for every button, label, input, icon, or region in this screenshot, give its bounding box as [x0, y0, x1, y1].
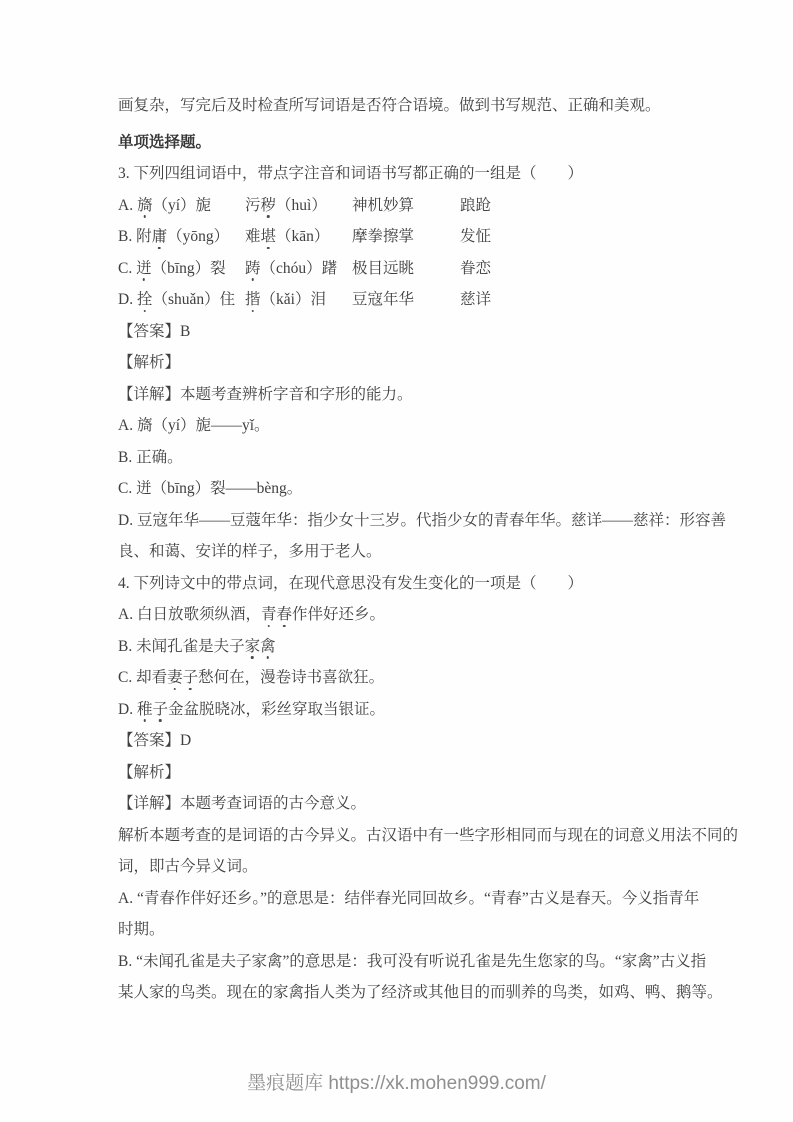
q4-explanation-a-line2: 时期。: [118, 914, 678, 946]
section-heading: 单项选择题。: [118, 127, 678, 159]
q4-explanation-intro-line1: 解析本题考查的是词语的古今异义。古汉语中有一些字形相同而与现在的词意义用法不同的: [118, 820, 678, 852]
q4-explanation-b-line1: B. “未闻孔雀是夫子家禽”的意思是：我可没有听说孔雀是先生您家的鸟。“家禽”古…: [118, 946, 678, 978]
emphasis-dotted-char: 子: [183, 669, 199, 686]
document-body: 画复杂，写完后及时检查所写词语是否符合语境。做到书写规范、正确和美观。 单项选择…: [118, 90, 678, 1009]
q4-option-c: C. 却看妻子愁何在，漫卷诗书喜欲狂。: [118, 662, 678, 694]
q3-option-c-word4: 眷恋: [460, 253, 678, 285]
q3-detail: 【详解】本题考查辨析字音和字形的能力。: [118, 379, 678, 411]
intro-text: 画复杂，写完后及时检查所写词语是否符合语境。做到书写规范、正确和美观。: [118, 90, 678, 122]
emphasis-dotted-char: 旖: [137, 197, 153, 214]
emphasis-dotted-char: 青: [261, 606, 277, 623]
q4-option-b: B. 未闻孔雀是夫子家禽: [118, 631, 678, 663]
footer-watermark: 墨痕题库 https://xk.mohen999.com/: [0, 1068, 793, 1095]
emphasis-dotted-char: 子: [152, 701, 168, 718]
emphasis-dotted-char: 堪: [261, 228, 277, 245]
emphasis-dotted-char: 庸: [152, 228, 168, 245]
emphasis-dotted-char: 秽: [261, 197, 277, 214]
footer-site-name: 墨痕题库: [247, 1073, 323, 1094]
q3-explanation-a: A. 旖（yí）旎——yǐ。: [118, 410, 678, 442]
q4-stem: 4. 下列诗文中的带点词，在现代意思没有发生变化的一项是（ ）: [118, 568, 678, 600]
q3-option-a-word1: A. 旖（yí）旎: [118, 190, 245, 222]
emphasis-dotted-char: 拴: [137, 291, 153, 308]
emphasis-dotted-char: 春: [276, 606, 292, 623]
q3-option-d-word2: 揩（kǎi）泪: [245, 284, 352, 316]
q4-option-a: A. 白日放歌须纵酒，青春作伴好还乡。: [118, 599, 678, 631]
q3-explanation-d-line2: 良、和蔼、安详的样子，多用于老人。: [118, 536, 678, 568]
q3-option-d-word1: D. 拴（shuǎn）住: [118, 284, 245, 316]
q3-stem: 3. 下列四组词语中，带点字注音和词语书写都正确的一组是（ ）: [118, 158, 678, 190]
emphasis-dotted-char: 踌: [245, 260, 261, 277]
q3-option-a-word2: 污秽（huì）: [245, 190, 352, 222]
q3-option-d-word4: 慈详: [460, 284, 678, 316]
q3-option-b-word1: B. 附庸（yōng）: [118, 221, 245, 253]
q3-option-d-word3: 豆寇年华: [352, 284, 460, 316]
q3-option-a-word3: 神机妙算: [352, 190, 460, 222]
emphasis-dotted-char: 禽: [260, 638, 276, 655]
q3-answer: 【答案】B: [118, 316, 678, 348]
q4-analysis-label: 【解析】: [118, 757, 678, 789]
q4-answer: 【答案】D: [118, 725, 678, 757]
q4-explanation-intro-line2: 词，即古今异义词。: [118, 851, 678, 883]
q3-explanation-d-line1: D. 豆寇年华——豆蔻年华：指少女十三岁。代指少女的青春年华。慈详——慈祥：形容…: [118, 505, 678, 537]
exam-page: 画复杂，写完后及时检查所写词语是否符合语境。做到书写规范、正确和美观。 单项选择…: [0, 0, 793, 1122]
q4-option-d: D. 稚子金盆脱晓冰，彩丝穿取当银证。: [118, 694, 678, 726]
emphasis-dotted-char: 迸: [136, 260, 152, 277]
q3-option-b-word2: 难堪（kān）: [245, 221, 352, 253]
q3-option-a: A. 旖（yí）旎 污秽（huì） 神机妙算 踉跄: [118, 190, 678, 222]
q3-option-b: B. 附庸（yōng） 难堪（kān） 摩拳擦掌 发怔: [118, 221, 678, 253]
q3-analysis-label: 【解析】: [118, 347, 678, 379]
q4-explanation-a-line1: A. “青春作伴好还乡。”的意思是：结伴春光同回故乡。“青春”古义是春天。今义指…: [118, 883, 678, 915]
q3-option-b-word4: 发怔: [460, 221, 678, 253]
emphasis-dotted-char: 妻: [167, 669, 183, 686]
emphasis-dotted-char: 家: [245, 638, 261, 655]
q3-option-a-word4: 踉跄: [460, 190, 678, 222]
q4-detail: 【详解】本题考查词语的古今意义。: [118, 788, 678, 820]
q3-explanation-b: B. 正确。: [118, 442, 678, 474]
q3-option-c-word2: 踌（chóu）躇: [245, 253, 352, 285]
emphasis-dotted-char: 揩: [245, 291, 261, 308]
q3-option-c-word1: C. 迸（bīng）裂: [118, 253, 245, 285]
q4-explanation-b-line2: 某人家的鸟类。现在的家禽指人类为了经济或其他目的而驯养的鸟类，如鸡、鸭、鹅等。: [118, 977, 678, 1009]
q3-option-d: D. 拴（shuǎn）住 揩（kǎi）泪 豆寇年华 慈详: [118, 284, 678, 316]
q3-option-c-word3: 极目远眺: [352, 253, 460, 285]
q3-option-b-word3: 摩拳擦掌: [352, 221, 460, 253]
q3-option-c: C. 迸（bīng）裂 踌（chóu）躇 极目远眺 眷恋: [118, 253, 678, 285]
q3-explanation-c: C. 迸（bīng）裂——bèng。: [118, 473, 678, 505]
emphasis-dotted-char: 稚: [137, 701, 153, 718]
footer-url: https://xk.mohen999.com/: [328, 1073, 546, 1094]
